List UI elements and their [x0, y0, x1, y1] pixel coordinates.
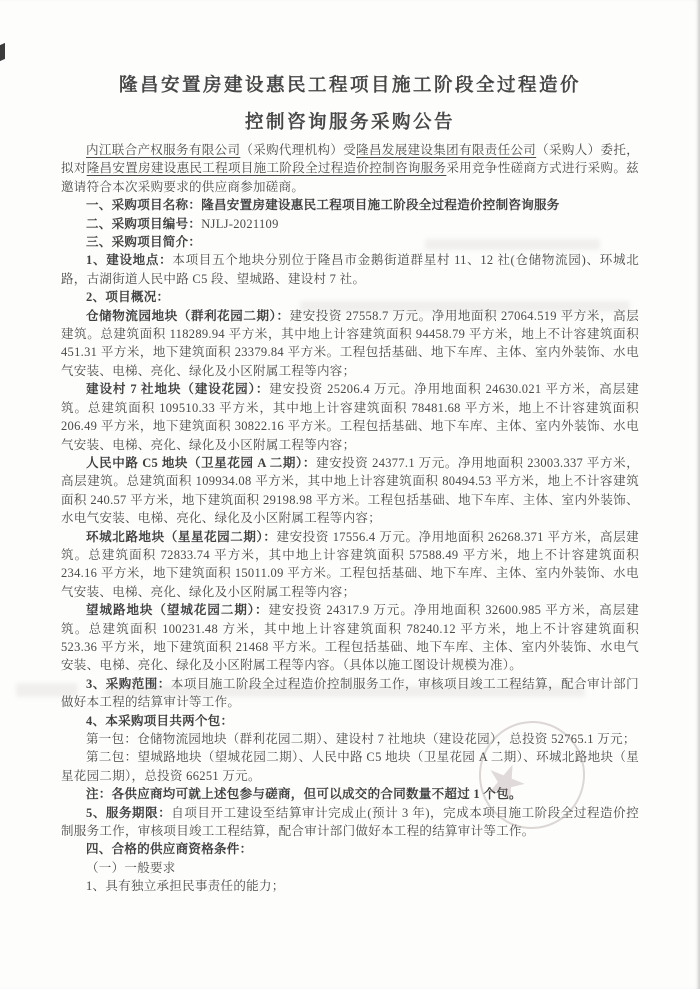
bold-text-run: 5、服务期限： [86, 806, 171, 820]
page-edge-shadow [696, 0, 700, 989]
bold-text-run: 1、建设地点： [86, 253, 172, 267]
page-root: 隆昌安置房建设惠民工程项目施工阶段全过程造价 控制咨询服务采购公告 内江联合产权… [0, 0, 700, 989]
paragraph: 建设村 7 社地块（建设花园）：建安投资 25206.4 万元。净用地面积 24… [61, 380, 639, 454]
paragraph: 第二包：望城路地块（望城花园二期）、人民中路 C5 地块（卫星花园 A 二期）、… [61, 748, 639, 785]
text-run: 1、具有独立承担民事责任的能力； [86, 879, 285, 893]
paragraph: 1、具有独立承担民事责任的能力； [61, 877, 639, 895]
scan-smudge [300, 301, 630, 312]
paragraph: 内江联合产权服务有限公司（采购代理机构）受隆昌发展建设集团有限责任公司（采购人）… [61, 141, 639, 196]
paragraph: 四、合格的供应商资格条件： [61, 840, 639, 858]
document-title: 隆昌安置房建设惠民工程项目施工阶段全过程造价 控制咨询服务采购公告 [61, 68, 639, 142]
paragraph: 人民中路 C5 地块（卫星花园 A 二期）：建安投资 24377.1 万元。净用… [61, 454, 639, 528]
paragraph: （一）一般要求 [61, 859, 639, 877]
underlined-text-run: 内江联合产权服务有限公司 [86, 143, 240, 157]
underlined-text-run: 隆昌发展建设集团有限责任公司 [356, 143, 536, 157]
bold-text-run: 4、本采购项目共两个包： [86, 714, 233, 728]
bold-text-run: 四、合格的供应商资格条件： [86, 842, 252, 856]
scan-smudge [105, 686, 585, 697]
document-body: 内江联合产权服务有限公司（采购代理机构）受隆昌发展建设集团有限责任公司（采购人）… [61, 141, 639, 896]
bold-text-run: 仓储物流园地块（群利花园二期）： [86, 309, 290, 323]
bold-text-run: 注：各供应商均可就上述包参与磋商，但可以成交的合同数量不超过 1 个包。 [86, 787, 522, 801]
paragraph: 望城路地块（望城花园二期）：建安投资 24317.9 万元。净用地面积 3260… [61, 601, 639, 675]
paragraph: 1、建设地点：本项目五个地块分别位于隆昌市金鹅街道群星村 11、12 社(仓储物… [61, 251, 639, 288]
bold-text-run: 望城路地块（望城花园二期）： [86, 603, 269, 617]
paragraph: 4、本采购项目共两个包： [61, 712, 639, 730]
bold-text-run: 一、采购项目名称：隆昌安置房建设惠民工程项目施工阶段全过程造价控制咨询服务 [86, 198, 560, 212]
bold-text-run: 二、采购项目编号： [86, 217, 201, 231]
paragraph: 二、采购项目编号：NJLJ-2021109 [61, 215, 639, 233]
paragraph: 第一包：仓储物流园地块（群利花园二期）、建设村 7 社地块（建设花园），总投资 … [61, 730, 639, 748]
scan-smudge [16, 683, 78, 697]
document-title-line-2: 控制咨询服务采购公告 [61, 105, 639, 142]
paragraph: 5、服务期限：自项目开工建设至结算审计完成止(预计 3 年)，完成本项目施工阶段… [61, 804, 639, 841]
paragraph: 一、采购项目名称：隆昌安置房建设惠民工程项目施工阶段全过程造价控制咨询服务 [61, 196, 639, 214]
scan-smudge [425, 239, 600, 250]
text-run: 第一包：仓储物流园地块（群利花园二期）、建设村 7 社地块（建设花园），总投资 … [86, 732, 636, 746]
text-run: 第二包：望城路地块（望城花园二期）、人民中路 C5 地块（卫星花园 A 二期）、… [61, 750, 639, 782]
bold-text-run: 环城北路地块（星星花园二期）： [86, 530, 277, 544]
text-run: NJLJ-2021109 [201, 217, 278, 231]
paragraph: 环城北路地块（星星花园二期）：建安投资 17556.4 万元。净用地面积 262… [61, 528, 639, 602]
text-run: （采购代理机构）受 [240, 143, 356, 157]
paragraph: 仓储物流园地块（群利花园二期）：建安投资 27558.7 万元。净用地面积 27… [61, 307, 639, 381]
document-title-line-1: 隆昌安置房建设惠民工程项目施工阶段全过程造价 [61, 68, 639, 105]
bold-text-run: 建设村 7 社地块（建设花园）： [86, 382, 269, 396]
text-run: （一）一般要求 [86, 861, 176, 875]
underlined-text-run: 隆昌安置房建设惠民工程项目施工阶段全过程造价控制咨询服务 [87, 161, 447, 175]
bold-text-run: 2、项目概况： [86, 290, 169, 304]
paragraph: 注：各供应商均可就上述包参与磋商，但可以成交的合同数量不超过 1 个包。 [61, 785, 639, 803]
bold-text-run: 人民中路 C5 地块（卫星花园 A 二期）： [86, 456, 316, 470]
scan-corner-artifact [0, 43, 5, 61]
bold-text-run: 三、采购项目简介： [86, 235, 201, 249]
